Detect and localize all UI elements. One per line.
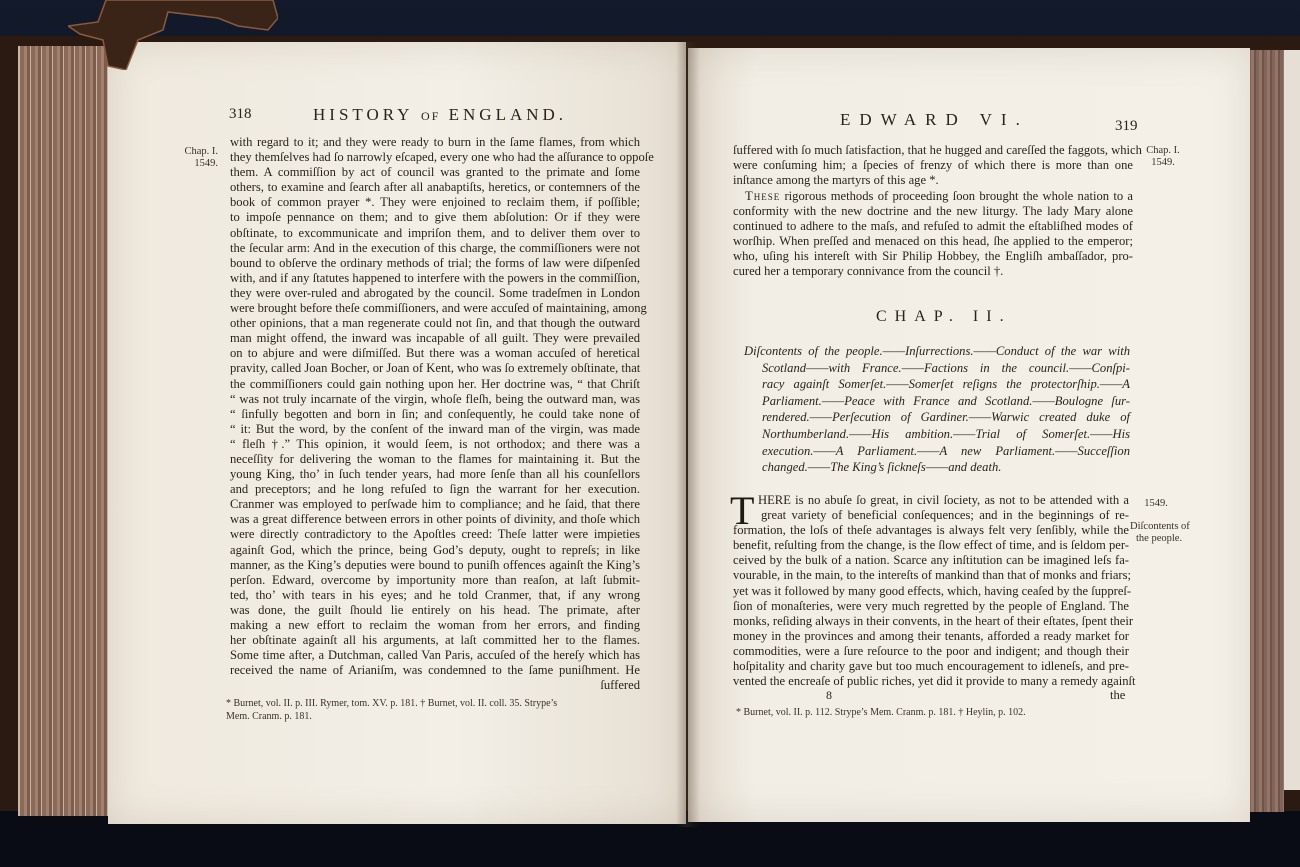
text-line: with regard to it; and they were ready t… xyxy=(230,135,640,150)
text-line: ſuffered with ſo much ſatisfaction, that… xyxy=(733,143,1133,158)
text-line: bound to obſerve the ordinary methods of… xyxy=(230,256,640,271)
text-line: yet was it followed by many good effects… xyxy=(733,584,1129,599)
text-line: conformity with the new doctrine and the… xyxy=(733,204,1133,219)
margin-note-topic: Diſcontents of the people. xyxy=(1130,521,1200,545)
text-line: formation, the loſs of theſe advantages … xyxy=(733,523,1129,538)
margin-note-year-2: 1549. xyxy=(1136,498,1176,510)
text-line: “ was not truly incarnate of the virgin,… xyxy=(230,392,640,407)
text-line: great variety of beneficial conſequences… xyxy=(733,508,1129,523)
small-caps-lead: These xyxy=(745,189,780,203)
text-line: obſtinate, to excommunicate and impriſon… xyxy=(230,226,640,241)
text-line: were directly contradictory to the Apoſt… xyxy=(230,527,640,542)
text-line: with, and if any ſtatutes happened to in… xyxy=(230,271,640,286)
footnote-line: * Burnet, vol. II. p. III. Rymer, tom. X… xyxy=(226,697,646,710)
right-page-edges xyxy=(1248,50,1284,812)
argument-line: Scotland——with France.——Factions in the … xyxy=(744,360,1130,377)
text-line: perſon. Edward, overcome by importunity … xyxy=(230,573,640,588)
text-line: the ſecular arm: And in the execution of… xyxy=(230,241,640,256)
text-line: cured her a temporary connivance from th… xyxy=(733,264,1133,279)
text-line: “ ſinfully begotten and born in ſin; and… xyxy=(230,407,640,422)
margin-note-chap: Chap. I. xyxy=(1140,145,1186,157)
margin-note-chap: Chap. I. xyxy=(126,146,218,158)
text-line: benefit, reſulting from the change, is t… xyxy=(733,538,1129,553)
text-line: was done, the guilt ſhould lie entirely … xyxy=(230,603,640,618)
right-page: EDWARD VI. 319 Chap. I. 1549. ſuffered w… xyxy=(688,48,1250,822)
signature-mark: 8 xyxy=(826,688,832,703)
text-line: HERE is no abuſe ſo great, in civil ſoci… xyxy=(733,493,1129,508)
page-number-left: 318 xyxy=(229,106,252,123)
text-line: received the name of Arianiſm, was conde… xyxy=(230,663,640,678)
text-line: young King, tho’ in ſuch tender years, h… xyxy=(230,467,640,482)
text-line: her obſtinate againſt all his arguments,… xyxy=(230,633,640,648)
argument-line: Parliament.——Peace with France and Scotl… xyxy=(744,393,1130,410)
margin-note-topic-line: Diſcontents of xyxy=(1130,521,1200,533)
text-line: book of common prayer *. They were enjoi… xyxy=(230,195,640,210)
left-page-edges xyxy=(18,46,110,816)
text-line: they were over-ruled and abrogated by th… xyxy=(230,286,640,301)
left-footnotes: * Burnet, vol. II. p. III. Rymer, tom. X… xyxy=(226,697,646,723)
text-line: was a great difference between errors in… xyxy=(230,512,640,527)
text-line: continued to adhere to the maſs, and ref… xyxy=(733,219,1133,234)
text-line: manner, as the King’s deputies were boun… xyxy=(230,558,640,573)
margin-note-year: 1549. xyxy=(126,158,218,170)
text-line: who, uſing his intereſt with Sir Philip … xyxy=(733,249,1133,264)
text-line: commodities, were a ſure reſource to the… xyxy=(733,644,1129,659)
argument-line: execution.——A Parliament.——A new Parliam… xyxy=(744,443,1130,460)
text-line: to impoſe pennance on them; and to give … xyxy=(230,210,640,225)
text-line: them. A commiſſion by act of council was… xyxy=(230,165,640,180)
argument-line: Diſcontents of the people.——Inſurrection… xyxy=(744,343,1130,360)
running-head-left: HISTORY OF ENGLAND. xyxy=(313,105,567,125)
text-line: vented the encreaſe of public riches, ye… xyxy=(733,674,1129,689)
text-line: These rigorous methods of proceeding ſoo… xyxy=(733,189,1133,204)
text-line: ted, tho’ with tears in his eyes; and he… xyxy=(230,588,640,603)
left-body-text: with regard to it; and they were ready t… xyxy=(230,135,640,693)
book-clasp-icon xyxy=(68,0,278,70)
text-line: monks, reſiding always in their convents… xyxy=(733,614,1129,629)
text-line: hoſpitality and charity gave but too muc… xyxy=(733,659,1129,674)
right-paragraph-2: These rigorous methods of proceeding ſoo… xyxy=(733,189,1133,280)
next-page-strip xyxy=(1284,50,1300,790)
text-line: were conſuming him; a ſpecies of frenzy … xyxy=(733,158,1133,173)
footnote-line: * Burnet, vol. II. p. 112. Strype’s Mem.… xyxy=(736,706,1136,719)
left-page: 318 HISTORY OF ENGLAND. Chap. I. 1549. w… xyxy=(108,42,686,824)
right-body-continuation: ſuffered with ſo much ſatisfaction, that… xyxy=(733,143,1133,188)
argument-line: changed.——The King’s ſickneſs——and death… xyxy=(744,459,1130,476)
catchword-right: the xyxy=(1110,688,1125,703)
text-line: ſion of monaſteries, were very much regr… xyxy=(733,599,1129,614)
text-line: they themſelves had ſo narrowly eſcaped,… xyxy=(230,150,640,165)
text-line: others, to examine and ſearch after all … xyxy=(230,180,640,195)
text-line: man might offend, the inward was incapab… xyxy=(230,331,640,346)
text-line: inſtance among the martyrs of this age *… xyxy=(733,173,1133,188)
text-line: againſt God, which the prince, being God… xyxy=(230,543,640,558)
catchword-left: ſuffered xyxy=(230,678,640,693)
text-line: money in the provinces and among their t… xyxy=(733,629,1129,644)
text-line: “ it: But the word, by the conſent of th… xyxy=(230,422,640,437)
text-line: vourable, in the main, to the intereſts … xyxy=(733,568,1129,583)
text-line: and preceptors; and he long refuſed to ſ… xyxy=(230,482,640,497)
text-line: ceived by the bulk of a nation. Scarce a… xyxy=(733,553,1129,568)
text-line: neceſſity for delivering the woman to th… xyxy=(230,452,640,467)
margin-note-year: 1549. xyxy=(1140,157,1186,169)
text-line: the commiſſioners could gain nothing upo… xyxy=(230,377,640,392)
text-line: were brought before theſe commiſſioners,… xyxy=(230,301,640,316)
text-line: Cranmer was employed to perſwade him to … xyxy=(230,497,640,512)
right-chapter-text: HERE is no abuſe ſo great, in civil ſoci… xyxy=(733,493,1129,689)
margin-note-chapter: Chap. I. 1549. xyxy=(126,146,218,170)
text-line: on to abjure and were diſmiſſed. But the… xyxy=(230,346,640,361)
text-line: other opinions, that a man regenerate co… xyxy=(230,316,640,331)
text-line: making a new effort to reclaim the woman… xyxy=(230,618,640,633)
text-line: worſhip. When preſſed and menaced on thi… xyxy=(733,234,1133,249)
argument-line: racy againſt Somerſet.——Somerſet reſigns… xyxy=(744,376,1130,393)
chapter-heading: CHAP. II. xyxy=(876,308,1012,326)
margin-note-chapter-right: Chap. I. 1549. xyxy=(1140,145,1186,169)
chapter-argument: Diſcontents of the people.——Inſurrection… xyxy=(744,343,1130,476)
argument-line: rendered.——Perſecution of Gardiner.——War… xyxy=(744,409,1130,426)
page-number-right: 319 xyxy=(1115,118,1138,135)
text-line: Some time after, a Dutchman, called Van … xyxy=(230,648,640,663)
running-head-right: EDWARD VI. xyxy=(840,110,1029,130)
right-footnotes: * Burnet, vol. II. p. 112. Strype’s Mem.… xyxy=(736,706,1136,719)
text-fragment: rigorous methods of proceeding ſoon brou… xyxy=(780,189,1133,203)
margin-note-topic-line: the people. xyxy=(1130,533,1200,545)
book-gutter xyxy=(676,42,700,827)
argument-line: Northumberland.——His ambition.——Trial of… xyxy=(744,426,1130,443)
footnote-line: Mem. Cranm. p. 181. xyxy=(226,710,646,723)
text-line: “ fleſh †.” This opinion, it would ſeem,… xyxy=(230,437,640,452)
text-line: pravity, called Joan Bocher, or Joan of … xyxy=(230,361,640,376)
